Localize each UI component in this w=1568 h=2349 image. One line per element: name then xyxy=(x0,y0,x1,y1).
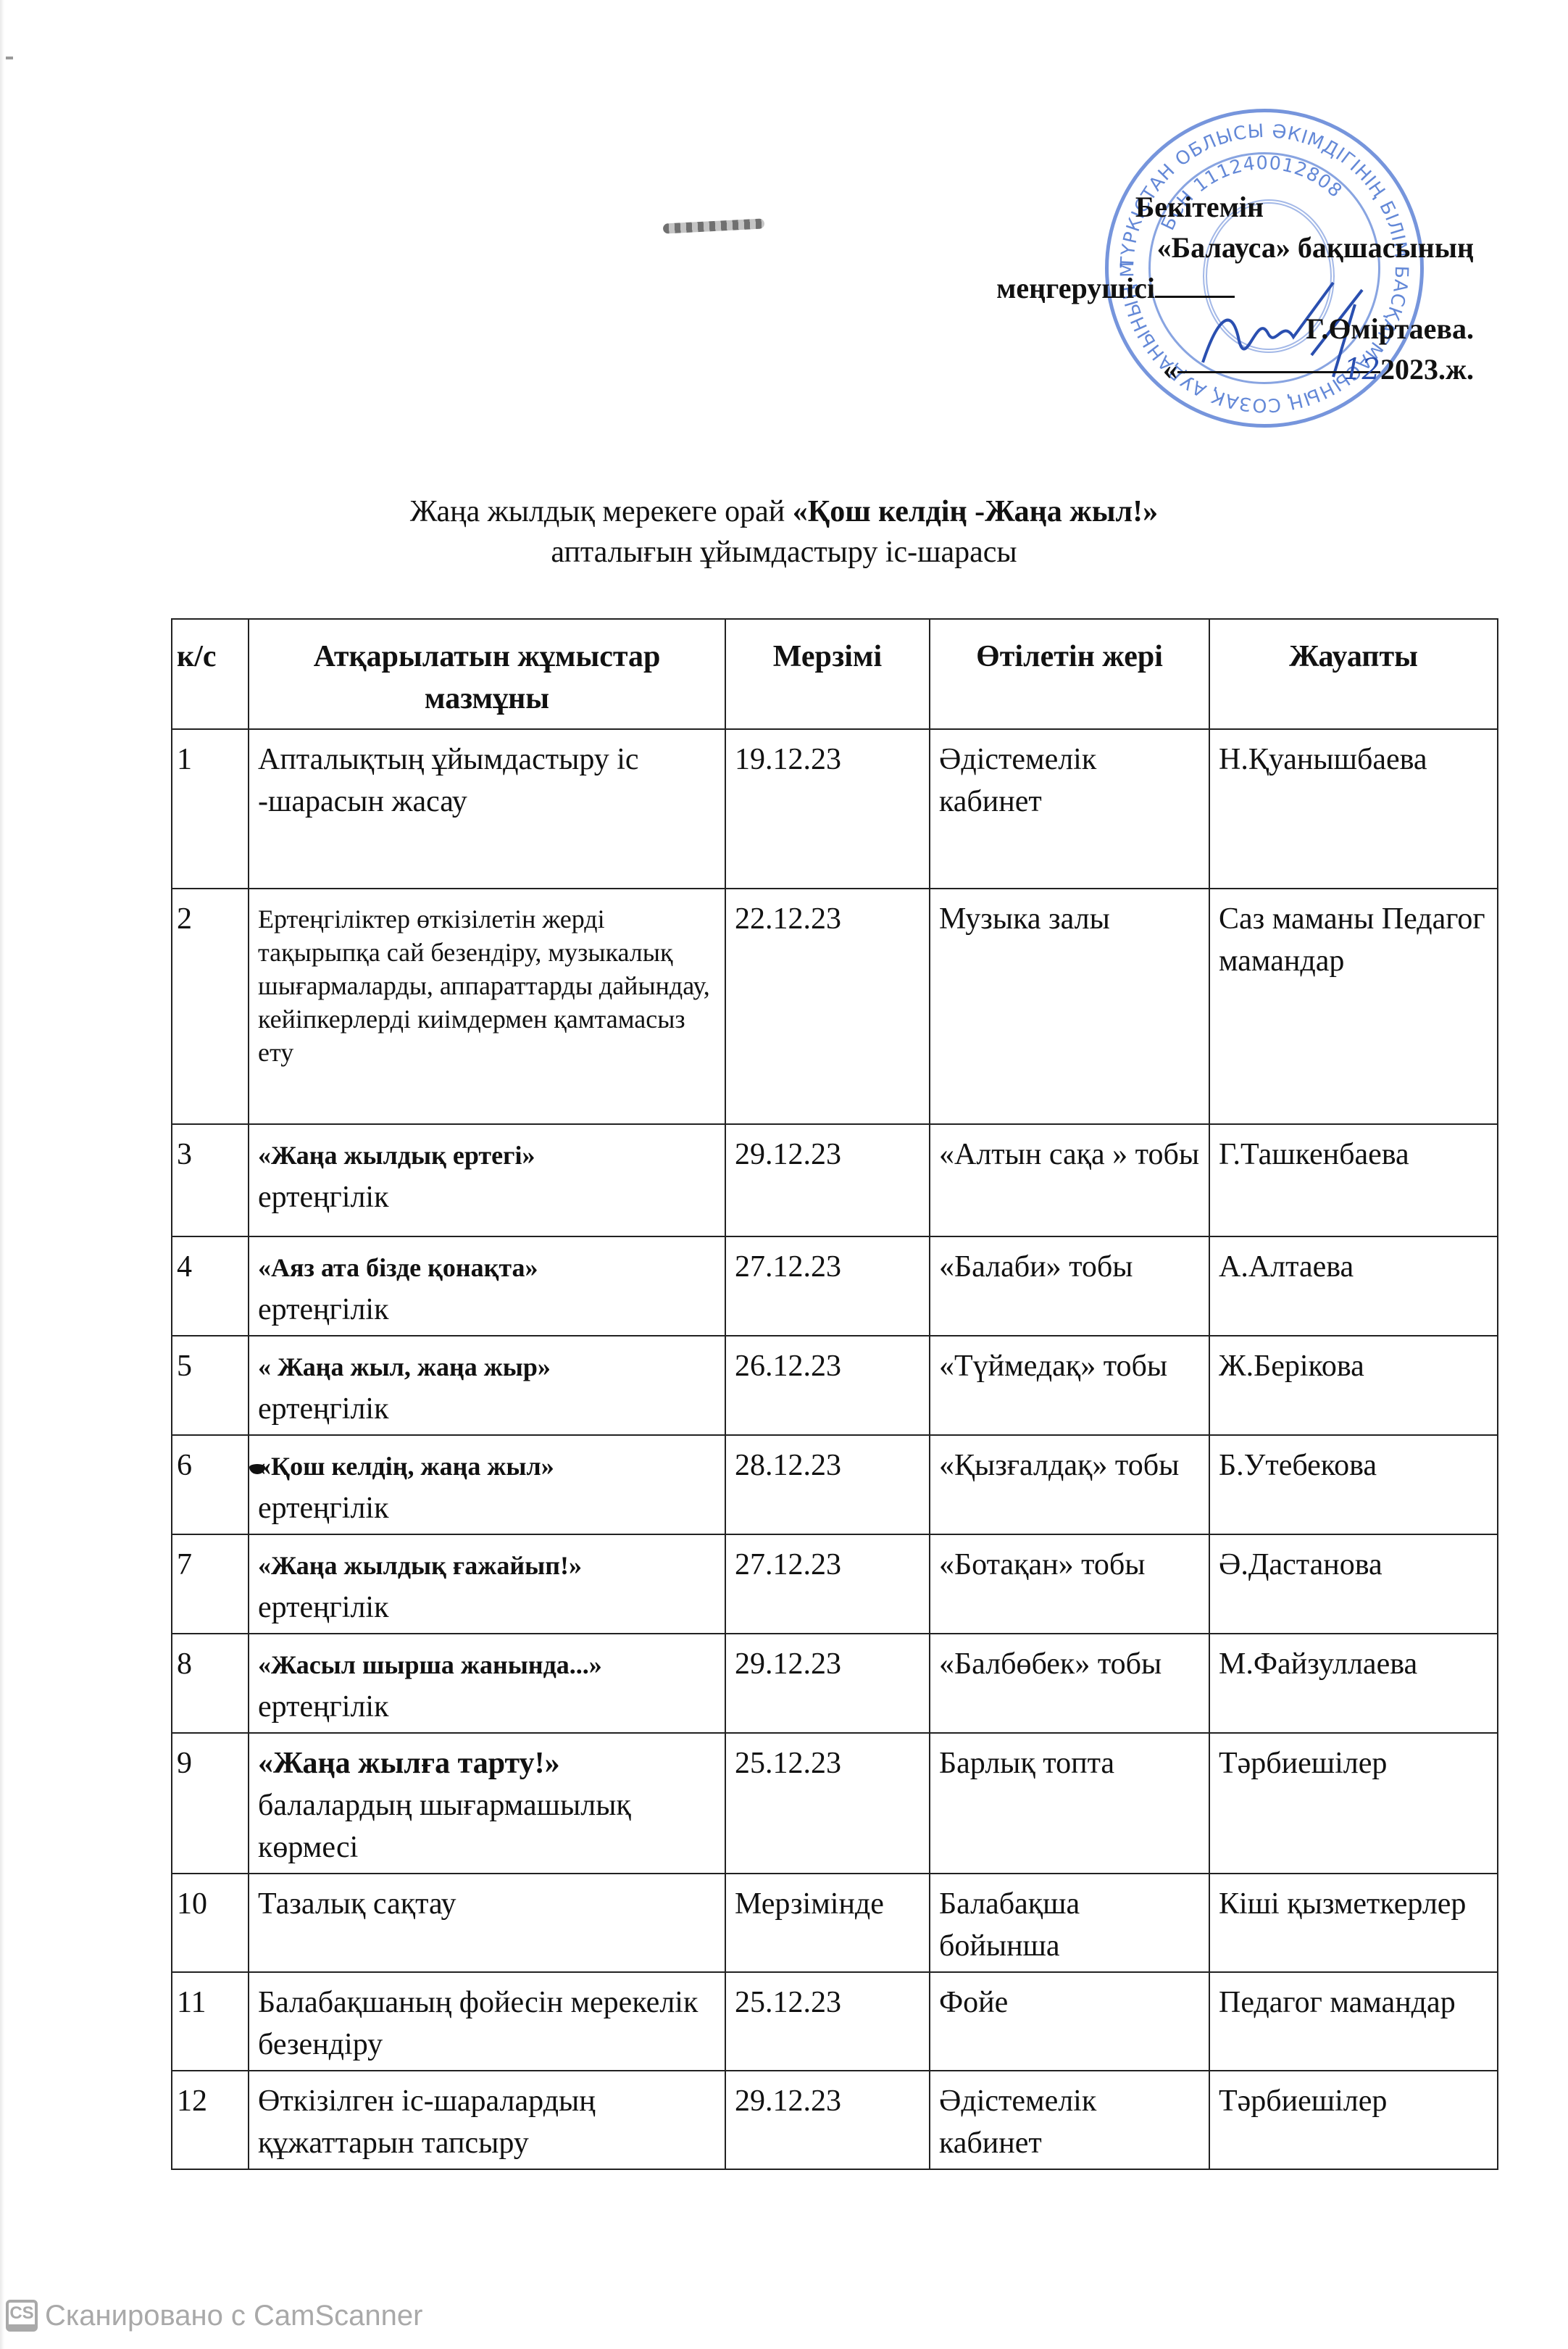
content-text: Ертеңгіліктер өткізілетін жерді тақырыпқ… xyxy=(258,905,710,1067)
row-content: Өткізілген іс-шаралардың құжаттарын тапс… xyxy=(249,2071,725,2169)
row-place: Әдістемелік кабинет xyxy=(930,729,1209,889)
content-text: Тазалық сақтау xyxy=(258,1887,456,1921)
content-text: Өткізілген іс-шаралардың құжаттарын тапс… xyxy=(258,2084,596,2160)
row-place: «Қызғалдақ» тобы xyxy=(930,1435,1209,1534)
table-row: 2Ертеңгіліктер өткізілетін жерді тақырып… xyxy=(172,889,1498,1124)
row-responsible: Б.Утебекова xyxy=(1209,1435,1498,1534)
row-responsible: Г.Ташкенбаева xyxy=(1209,1124,1498,1236)
row-content: « Жаңа жыл, жаңа жыр»ертеңгілік xyxy=(249,1336,725,1435)
event-name: «Қош келдің -Жаңа жыл!» xyxy=(793,495,1158,528)
row-content: Апталықтың ұйымдастыру іс -шарасын жасау xyxy=(249,729,725,889)
table-row: 5« Жаңа жыл, жаңа жыр»ертеңгілік26.12.23… xyxy=(172,1336,1498,1435)
table-row: 10Тазалық сақтауМерзіміндеБалабақша бойы… xyxy=(172,1874,1498,1972)
content-text: ертеңгілік xyxy=(258,1690,389,1724)
title-line-1: Жаңа жылдық мерекеге орай «Қош келдің -Ж… xyxy=(0,491,1568,532)
row-number: 1 xyxy=(172,729,249,889)
row-responsible: Тәрбиешілер xyxy=(1209,2071,1498,2169)
row-responsible: Н.Қуанышбаева xyxy=(1209,729,1498,889)
row-place: Барлық топта xyxy=(930,1733,1209,1874)
scan-artifact xyxy=(6,57,13,59)
row-responsible: М.Файзуллаева xyxy=(1209,1634,1498,1733)
scan-edge-shadow xyxy=(0,0,4,2349)
row-content: Балабақшаның фойесін мерекелік безендіру xyxy=(249,1972,725,2071)
title-line-2: апталығын ұйымдастыру іс-шарасы xyxy=(0,532,1568,573)
col-header-responsible: Жауапты xyxy=(1209,619,1498,729)
row-number: 4 xyxy=(172,1236,249,1336)
content-text: ертеңгілік xyxy=(258,1181,389,1214)
date-line: 12 xyxy=(1177,349,1380,373)
row-date: 27.12.23 xyxy=(725,1236,930,1336)
table-row: 7«Жаңа жылдық ғажайып!»ертеңгілік27.12.2… xyxy=(172,1534,1498,1634)
col-header-place: Өтілетін жері xyxy=(930,619,1209,729)
content-text: ертеңгілік xyxy=(258,1492,389,1525)
row-responsible: Саз маманы Педагог мамандар xyxy=(1209,889,1498,1124)
event-title: « Жаңа жыл, жаңа жыр» xyxy=(258,1352,551,1381)
head-label: меңгерушісі xyxy=(967,268,1474,309)
row-content: «Қош келдің, жаңа жыл»ертеңгілік xyxy=(249,1435,725,1534)
watermark-text: Сканировано с CamScanner xyxy=(45,2300,422,2332)
row-number: 2 xyxy=(172,889,249,1124)
row-date: 19.12.23 xyxy=(725,729,930,889)
content-text: Апталықтың ұйымдастыру іс -шарасын жасау xyxy=(258,743,639,818)
row-date: 29.12.23 xyxy=(725,2071,930,2169)
row-date: 27.12.23 xyxy=(725,1534,930,1634)
approval-block: Бекітемін «Балауса» бақшасының меңгеруші… xyxy=(967,187,1474,390)
row-place: Әдістемелік кабинет xyxy=(930,2071,1209,2169)
content-text: ертеңгілік xyxy=(258,1591,389,1624)
row-place: «Балбөбек» тобы xyxy=(930,1634,1209,1733)
row-place: «Алтын сақа » тобы xyxy=(930,1124,1209,1236)
schedule-table: к/с Атқарылатын жұмыстар мазмұны Мерзімі… xyxy=(171,618,1498,2170)
row-content: «Жаңа жылдық ғажайып!»ертеңгілік xyxy=(249,1534,725,1634)
row-content: «Жаңа жылдық ертегі»ертеңгілік xyxy=(249,1124,725,1236)
table-row: 12Өткізілген іс-шаралардың құжаттарын та… xyxy=(172,2071,1498,2169)
row-number: 7 xyxy=(172,1534,249,1634)
kindergarten-name: «Балауса» бақшасының xyxy=(967,228,1474,268)
event-title: «Жаңа жылдық ертегі» xyxy=(258,1141,535,1170)
approval-date: «122023.ж. xyxy=(967,349,1474,390)
row-content: «Жасыл шырша жанында...»ертеңгілік xyxy=(249,1634,725,1733)
row-place: Балабақша бойынша xyxy=(930,1874,1209,1972)
row-date: 29.12.23 xyxy=(725,1634,930,1733)
row-number: 3 xyxy=(172,1124,249,1236)
row-responsible: А.Алтаева xyxy=(1209,1236,1498,1336)
camscanner-watermark: CS Сканировано с CamScanner xyxy=(6,2298,422,2334)
row-responsible: Ә.Дастанова xyxy=(1209,1534,1498,1634)
approval-title: Бекітемін xyxy=(967,187,1474,228)
row-number: 6 xyxy=(172,1435,249,1534)
content-text: балалардың шығармашылық көрмесі xyxy=(258,1789,631,1864)
row-responsible: Кіші қызметкерлер xyxy=(1209,1874,1498,1972)
event-title: «Жаңа жылдық ғажайып!» xyxy=(258,1551,582,1580)
event-title: «Аяз ата бізде қонақта» xyxy=(258,1253,538,1282)
head-name: Г.Өміртаева. xyxy=(967,309,1474,349)
row-responsible: Тәрбиешілер xyxy=(1209,1733,1498,1874)
event-title: «Қош келдің, жаңа жыл» xyxy=(258,1452,554,1481)
row-content: «Аяз ата бізде қонақта»ертеңгілік xyxy=(249,1236,725,1336)
signature-line xyxy=(1155,274,1235,298)
col-header-content: Атқарылатын жұмыстар мазмұны xyxy=(249,619,725,729)
ink-smudge xyxy=(663,218,765,233)
row-content: Ертеңгіліктер өткізілетін жерді тақырыпқ… xyxy=(249,889,725,1124)
event-title: «Жасыл шырша жанында...» xyxy=(258,1650,602,1679)
row-responsible: Педагог мамандар xyxy=(1209,1972,1498,2071)
content-text: Балабақшаның фойесін мерекелік безендіру xyxy=(258,1986,698,2061)
row-date: Мерзімінде xyxy=(725,1874,930,1972)
row-date: 29.12.23 xyxy=(725,1124,930,1236)
row-number: 9 xyxy=(172,1733,249,1874)
row-date: 26.12.23 xyxy=(725,1336,930,1435)
row-place: Фойе xyxy=(930,1972,1209,2071)
row-place: «Ботақан» тобы xyxy=(930,1534,1209,1634)
camscanner-logo-icon: CS xyxy=(6,2300,38,2332)
row-responsible: Ж.Берікова xyxy=(1209,1336,1498,1435)
table-row: 4«Аяз ата бізде қонақта»ертеңгілік27.12.… xyxy=(172,1236,1498,1336)
table-row: 6«Қош келдің, жаңа жыл»ертеңгілік28.12.2… xyxy=(172,1435,1498,1534)
event-title: «Жаңа жылға тарту!» xyxy=(258,1747,560,1780)
table-row: 9«Жаңа жылға тарту!»балалардың шығармашы… xyxy=(172,1733,1498,1874)
row-number: 8 xyxy=(172,1634,249,1733)
row-place: Музыка залы xyxy=(930,889,1209,1124)
col-header-date: Мерзімі xyxy=(725,619,930,729)
col-header-number: к/с xyxy=(172,619,249,729)
row-place: «Балаби» тобы xyxy=(930,1236,1209,1336)
table-row: 1Апталықтың ұйымдастыру іс -шарасын жаса… xyxy=(172,729,1498,889)
table-header-row: к/с Атқарылатын жұмыстар мазмұны Мерзімі… xyxy=(172,619,1498,729)
row-date: 25.12.23 xyxy=(725,1972,930,2071)
row-place: «Түймедақ» тобы xyxy=(930,1336,1209,1435)
row-date: 25.12.23 xyxy=(725,1733,930,1874)
row-content: Тазалық сақтау xyxy=(249,1874,725,1972)
row-number: 10 xyxy=(172,1874,249,1972)
row-number: 11 xyxy=(172,1972,249,2071)
row-content: «Жаңа жылға тарту!»балалардың шығармашыл… xyxy=(249,1733,725,1874)
row-number: 12 xyxy=(172,2071,249,2169)
document-title: Жаңа жылдық мерекеге орай «Қош келдің -Ж… xyxy=(0,491,1568,573)
content-text: ертеңгілік xyxy=(258,1293,389,1326)
row-number: 5 xyxy=(172,1336,249,1435)
table-row: 8«Жасыл шырша жанында...»ертеңгілік29.12… xyxy=(172,1634,1498,1733)
row-date: 28.12.23 xyxy=(725,1435,930,1534)
content-text: ертеңгілік xyxy=(258,1392,389,1426)
table-row: 3«Жаңа жылдық ертегі»ертеңгілік29.12.23«… xyxy=(172,1124,1498,1236)
table-row: 11Балабақшаның фойесін мерекелік безенді… xyxy=(172,1972,1498,2071)
row-date: 22.12.23 xyxy=(725,889,930,1124)
